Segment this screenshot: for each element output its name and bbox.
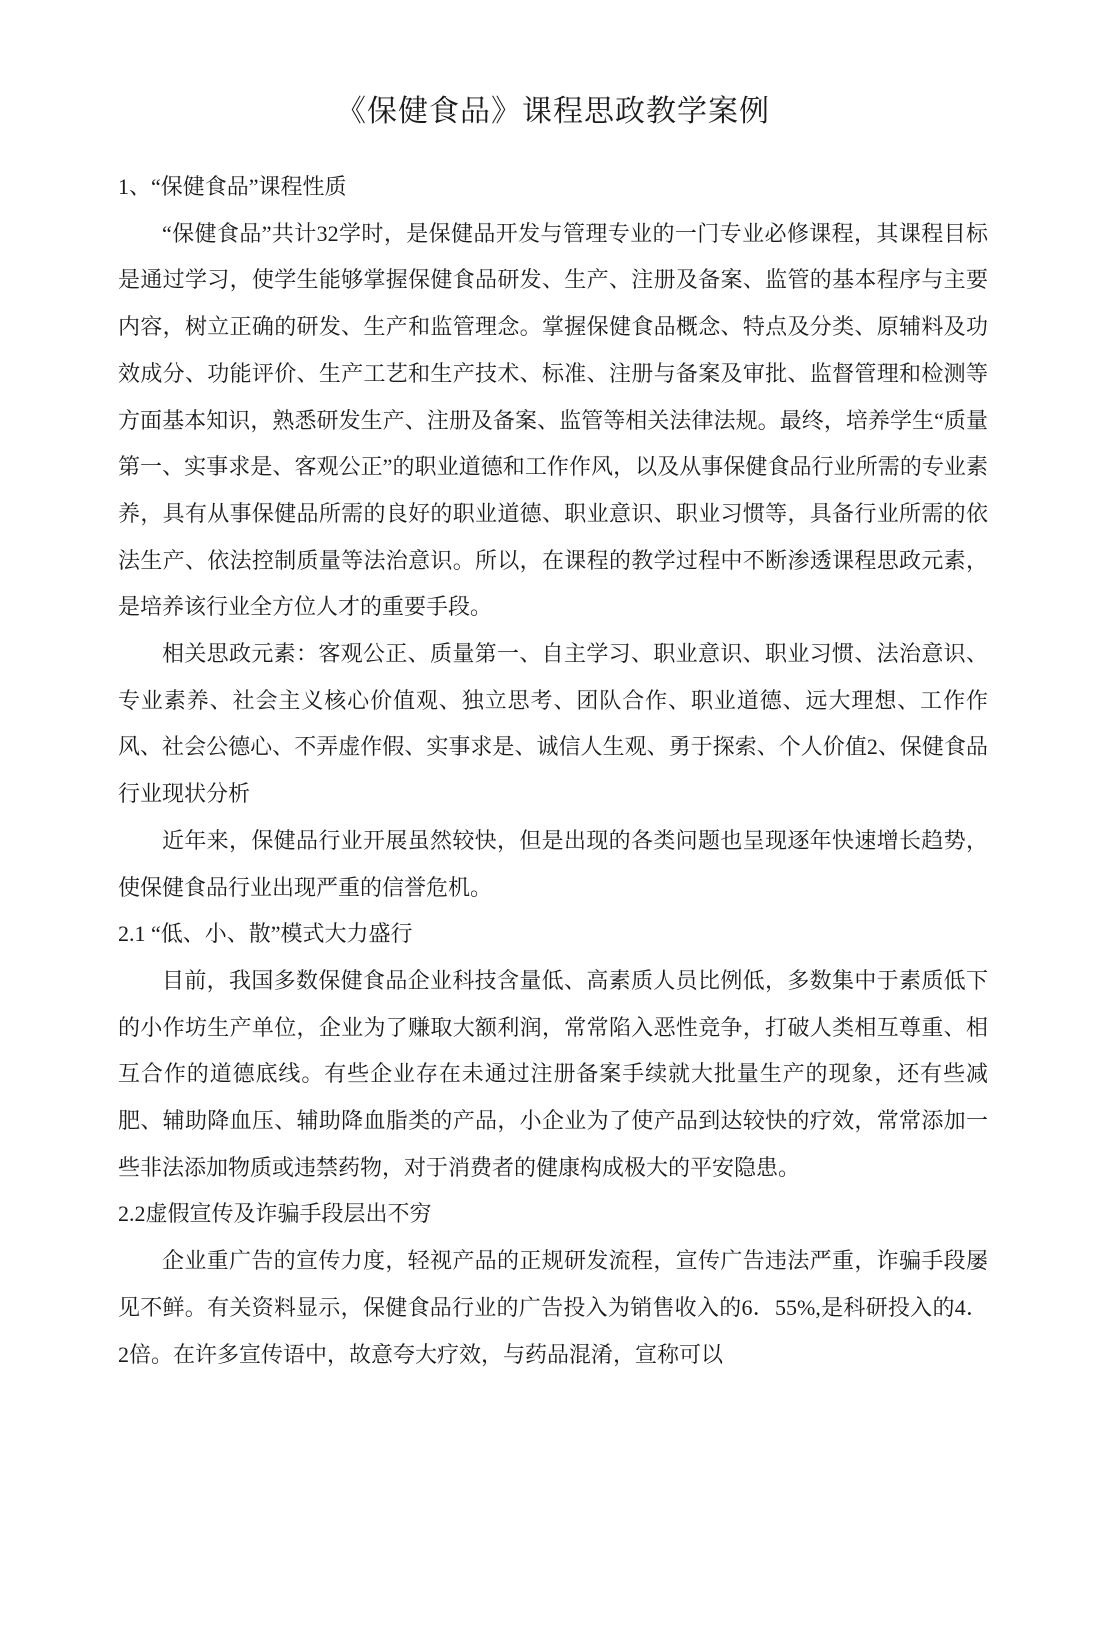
document-page: 《保健食品》课程思政教学案例 1、“保健食品”课程性质 “保健食品”共计32学时… bbox=[0, 0, 1104, 1640]
section-heading-course-nature: 1、“保健食品”课程性质 bbox=[118, 164, 988, 211]
paragraph-advertising-fraud: 企业重广告的宣传力度，轻视产品的正规研发流程，宣传广告违法严重，诈骗手段屡见不鲜… bbox=[118, 1238, 988, 1378]
document-title: 《保健食品》课程思政教学案例 bbox=[118, 88, 988, 135]
paragraph-ideology-elements: 相关思政元素：客观公正、质量第一、自主学习、职业意识、职业习惯、法治意识、专业素… bbox=[118, 631, 988, 818]
paragraph-course-overview: “保健食品”共计32学时，是保健品开发与管理专业的一门专业必修课程，其课程目标是… bbox=[118, 211, 988, 631]
paragraph-low-quality-enterprises: 目前，我国多数保健食品企业科技含量低、高素质人员比例低，多数集中于素质低下的小作… bbox=[118, 958, 988, 1192]
section-heading-low-small-scattered: 2.1 “低、小、散”模式大力盛行 bbox=[118, 911, 988, 958]
paragraph-industry-trend: 近年来，保健品行业开展虽然较快，但是出现的各类问题也呈现逐年快速增长趋势，使保健… bbox=[118, 818, 988, 911]
section-heading-false-advertising: 2.2虚假宣传及诈骗手段层出不穷 bbox=[118, 1191, 988, 1238]
